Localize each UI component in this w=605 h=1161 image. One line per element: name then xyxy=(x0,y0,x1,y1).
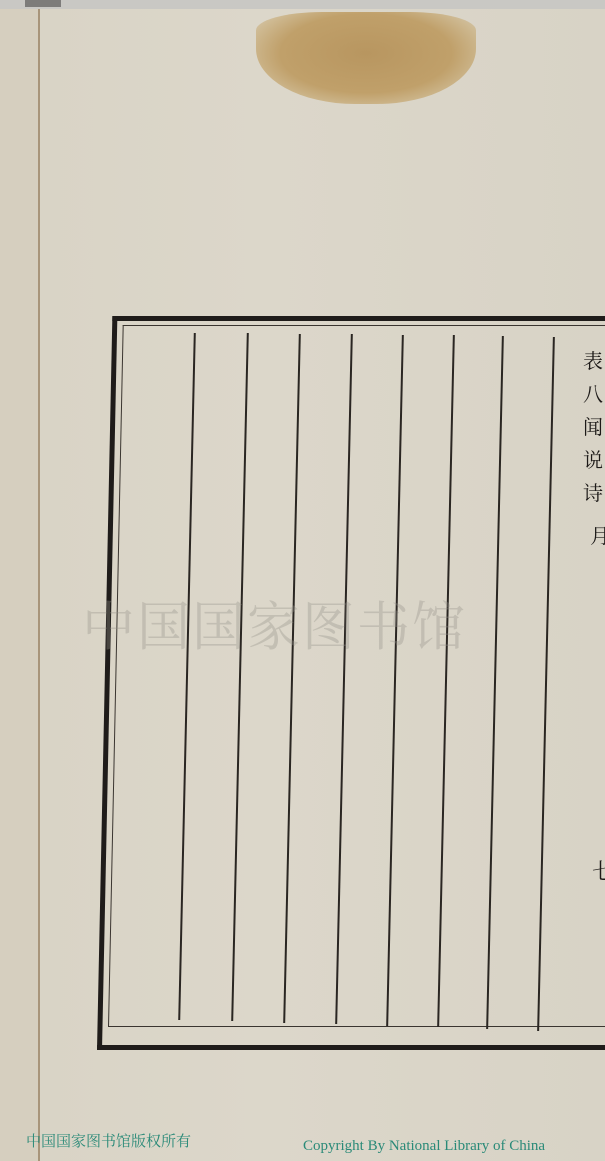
left-page-leaf xyxy=(0,9,39,1161)
scan-top-strip xyxy=(0,0,605,9)
library-watermark: 中国国家图书馆 xyxy=(82,585,467,661)
copyright-cn: 中国国家图书馆版权所有 xyxy=(26,1130,191,1151)
page-border-inner xyxy=(108,325,605,1027)
page-number-marker: 七 xyxy=(592,855,605,886)
margin-label-text: 月 xyxy=(590,520,605,549)
margin-title-text: 表八闻说诗 xyxy=(583,345,605,515)
scan-clip xyxy=(25,0,61,7)
copyright-en: Copyright By National Library of China xyxy=(303,1138,545,1155)
